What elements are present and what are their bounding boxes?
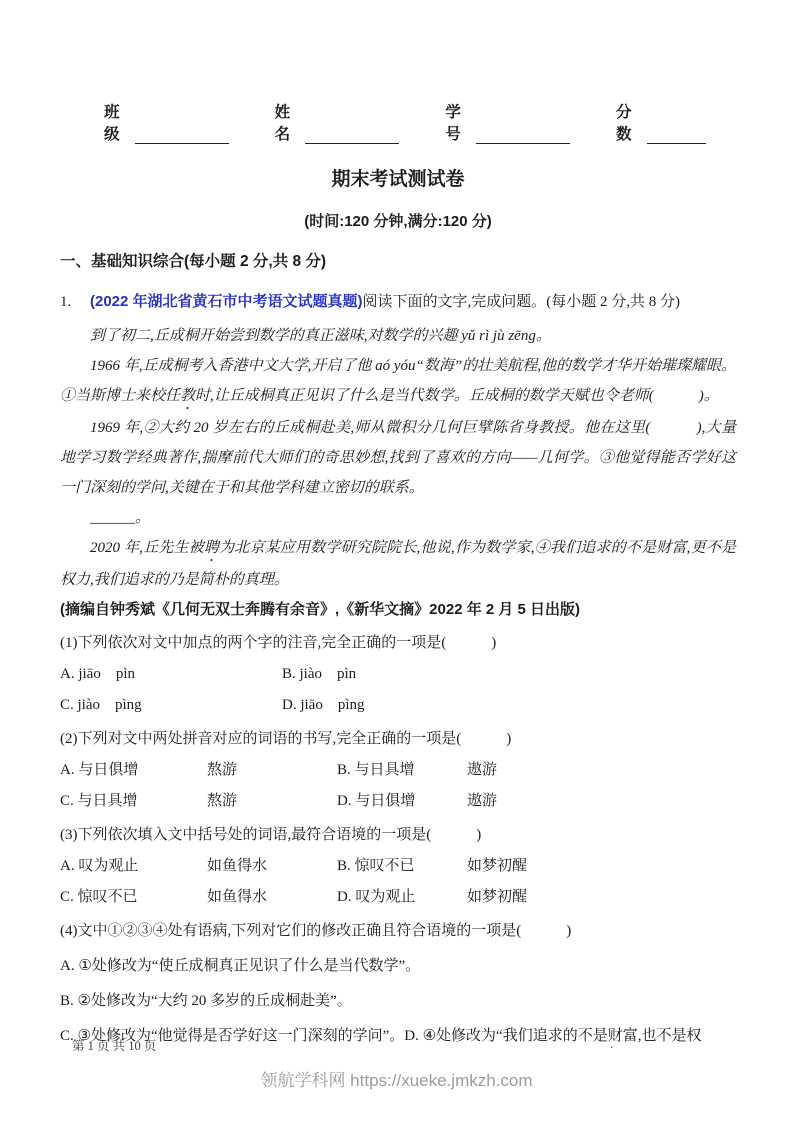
- question-1-intro-line: 1.(2022 年湖北省黄石市中考语文试题真题)阅读下面的文字,完成问题。(每小…: [60, 290, 736, 314]
- passage-attribution: (摘编自钟秀斌《几何无双士奔腾有余音》,《新华文摘》2022 年 2 月 5 日…: [60, 595, 736, 625]
- exam-time-score-info: (时间:120 分钟,满分:120 分): [60, 210, 736, 231]
- student-id-label: 学号: [445, 100, 476, 144]
- student-info-row: 班级 姓名 学号 分数: [104, 100, 706, 144]
- question-source-tag: (2022 年湖北省黄石市中考语文试题真题): [90, 293, 363, 310]
- page-content: 班级 姓名 学号 分数 期末考试测试卷 (时间:120 分钟,满分:120 分)…: [0, 100, 793, 1052]
- option-c: C. jiào pìng: [60, 690, 282, 721]
- option-d-word-2: 如梦初醒: [467, 882, 736, 913]
- passage-paragraph-2: 1966 年,丘成桐考入香港中文大学,开启了他 aó yóu“数海”的壮美航程,…: [60, 351, 736, 413]
- option-d: D. jiāo pìng: [282, 690, 736, 721]
- sub-question-4-stem: (4)文中①②③④处有语病,下列对它们的修改正确且符合语境的一项是( ): [60, 916, 736, 947]
- option-a: A. 叹为观止: [60, 851, 207, 882]
- sub-question-1: (1)下列依次对文中加点的两个字的注音,完全正确的一项是( ) A. jiāo …: [60, 628, 736, 721]
- sub-question-2-options-row-2: C. 与日具增 熬游 D. 与日俱增 遨游: [60, 786, 736, 817]
- stray-dot: .: [610, 1036, 613, 1052]
- name-field: 姓名: [275, 100, 400, 144]
- page-number: 第 1 页 共 10 页: [72, 1036, 156, 1054]
- passage-paragraph-2-text-cont: 时,让丘成桐真正见识了什么是当代数学。丘成桐的数学天赋也令老师( )。: [195, 388, 719, 404]
- passage-blank-line: ______。: [60, 503, 736, 533]
- passage-paragraph-5-text: 2020 年,丘先生被: [90, 540, 204, 556]
- option-c-d: C. ③处修改为“他觉得是否学好这一门深刻的学问”。D. ④处修改为“我们追求的…: [60, 1021, 736, 1052]
- option-b: B. jiào pìn: [282, 659, 736, 690]
- score-label: 分数: [616, 100, 647, 144]
- passage-paragraph-3: 1969 年,②大约 20 岁左右的丘成桐赴美,师从微积分几何巨擘陈省身教授。他…: [60, 413, 736, 503]
- option-a: A. ①处修改为“使丘成桐真正见识了什么是当代数学”。: [60, 951, 736, 982]
- option-c: C. 与日具增: [60, 786, 207, 817]
- option-a-word-2: 如鱼得水: [207, 851, 337, 882]
- question-number: 1.: [60, 290, 90, 314]
- sub-question-3-stem: (3)下列依次填入文中括号处的词语,最符合语境的一项是( ): [60, 820, 736, 851]
- sub-question-1-options-row-1: A. jiāo pìn B. jiào pìn: [60, 659, 736, 690]
- name-blank-line: [305, 126, 399, 144]
- emphasis-dot-char-pin: 聘: [204, 540, 219, 556]
- reading-passage: 到了初二,丘成桐开始尝到数学的真正滋味,对数学的兴趣 yǔ rì jù zēng…: [60, 321, 736, 625]
- option-b: B. 与日具增: [337, 755, 467, 786]
- exam-paper-page: { "header": { "fields": [ { "label": "班级…: [0, 0, 793, 1122]
- sub-question-3-options-row-1: A. 叹为观止 如鱼得水 B. 惊叹不已 如梦初醒: [60, 851, 736, 882]
- class-label: 班级: [104, 100, 135, 144]
- option-a: A. 与日俱增: [60, 755, 207, 786]
- site-watermark: 领航学科网 https://xueke.jmkzh.com: [0, 1066, 793, 1091]
- sub-question-1-stem: (1)下列依次对文中加点的两个字的注音,完全正确的一项是( ): [60, 628, 736, 659]
- section-heading: 一、基础知识综合(每小题 2 分,共 8 分): [60, 249, 736, 271]
- emphasis-dot-char-jiao: 教: [180, 388, 195, 404]
- passage-paragraph-5: 2020 年,丘先生被聘为北京某应用数学研究院院长,他说,作为数学家,④我们追求…: [60, 533, 736, 595]
- option-b: B. ②处修改为“大约 20 多岁的丘成桐赴美”。: [60, 986, 736, 1017]
- sub-question-1-options-row-2: C. jiào pìng D. jiāo pìng: [60, 690, 736, 721]
- sub-question-2-options-row-1: A. 与日俱增 熬游 B. 与日具增 遨游: [60, 755, 736, 786]
- score-field: 分数: [616, 100, 706, 144]
- sub-question-2: (2)下列对文中两处拼音对应的词语的书写,完全正确的一项是( ) A. 与日俱增…: [60, 724, 736, 817]
- option-d-word-2: 遨游: [467, 786, 736, 817]
- option-c: C. 惊叹不已: [60, 882, 207, 913]
- sub-question-3: (3)下列依次填入文中括号处的词语,最符合语境的一项是( ) A. 叹为观止 如…: [60, 820, 736, 913]
- name-label: 姓名: [275, 100, 306, 144]
- option-b-word-2: 遨游: [467, 755, 736, 786]
- passage-paragraph-1: 到了初二,丘成桐开始尝到数学的真正滋味,对数学的兴趣 yǔ rì jù zēng…: [60, 321, 736, 351]
- option-b-word-2: 如梦初醒: [467, 851, 736, 882]
- student-id-blank-line: [476, 126, 570, 144]
- sub-question-3-options-row-2: C. 惊叹不已 如鱼得水 D. 叹为观止 如梦初醒: [60, 882, 736, 913]
- sub-question-4: (4)文中①②③④处有语病,下列对它们的修改正确且符合语境的一项是( ) A. …: [60, 916, 736, 1052]
- option-d: D. 与日俱增: [337, 786, 467, 817]
- page-title: 期末考试测试卷: [60, 164, 736, 191]
- question-intro-text: 阅读下面的文字,完成问题。(每小题 2 分,共 8 分): [363, 294, 681, 310]
- option-b: B. 惊叹不已: [337, 851, 467, 882]
- option-a: A. jiāo pìn: [60, 659, 282, 690]
- option-d: D. 叹为观止: [337, 882, 467, 913]
- option-a-word-2: 熬游: [207, 755, 337, 786]
- option-c-word-2: 熬游: [207, 786, 337, 817]
- score-blank-line: [647, 126, 706, 144]
- class-field: 班级: [104, 100, 229, 144]
- sub-question-2-stem: (2)下列对文中两处拼音对应的词语的书写,完全正确的一项是( ): [60, 724, 736, 755]
- class-blank-line: [135, 126, 229, 144]
- student-id-field: 学号: [445, 100, 570, 144]
- option-c-word-2: 如鱼得水: [207, 882, 337, 913]
